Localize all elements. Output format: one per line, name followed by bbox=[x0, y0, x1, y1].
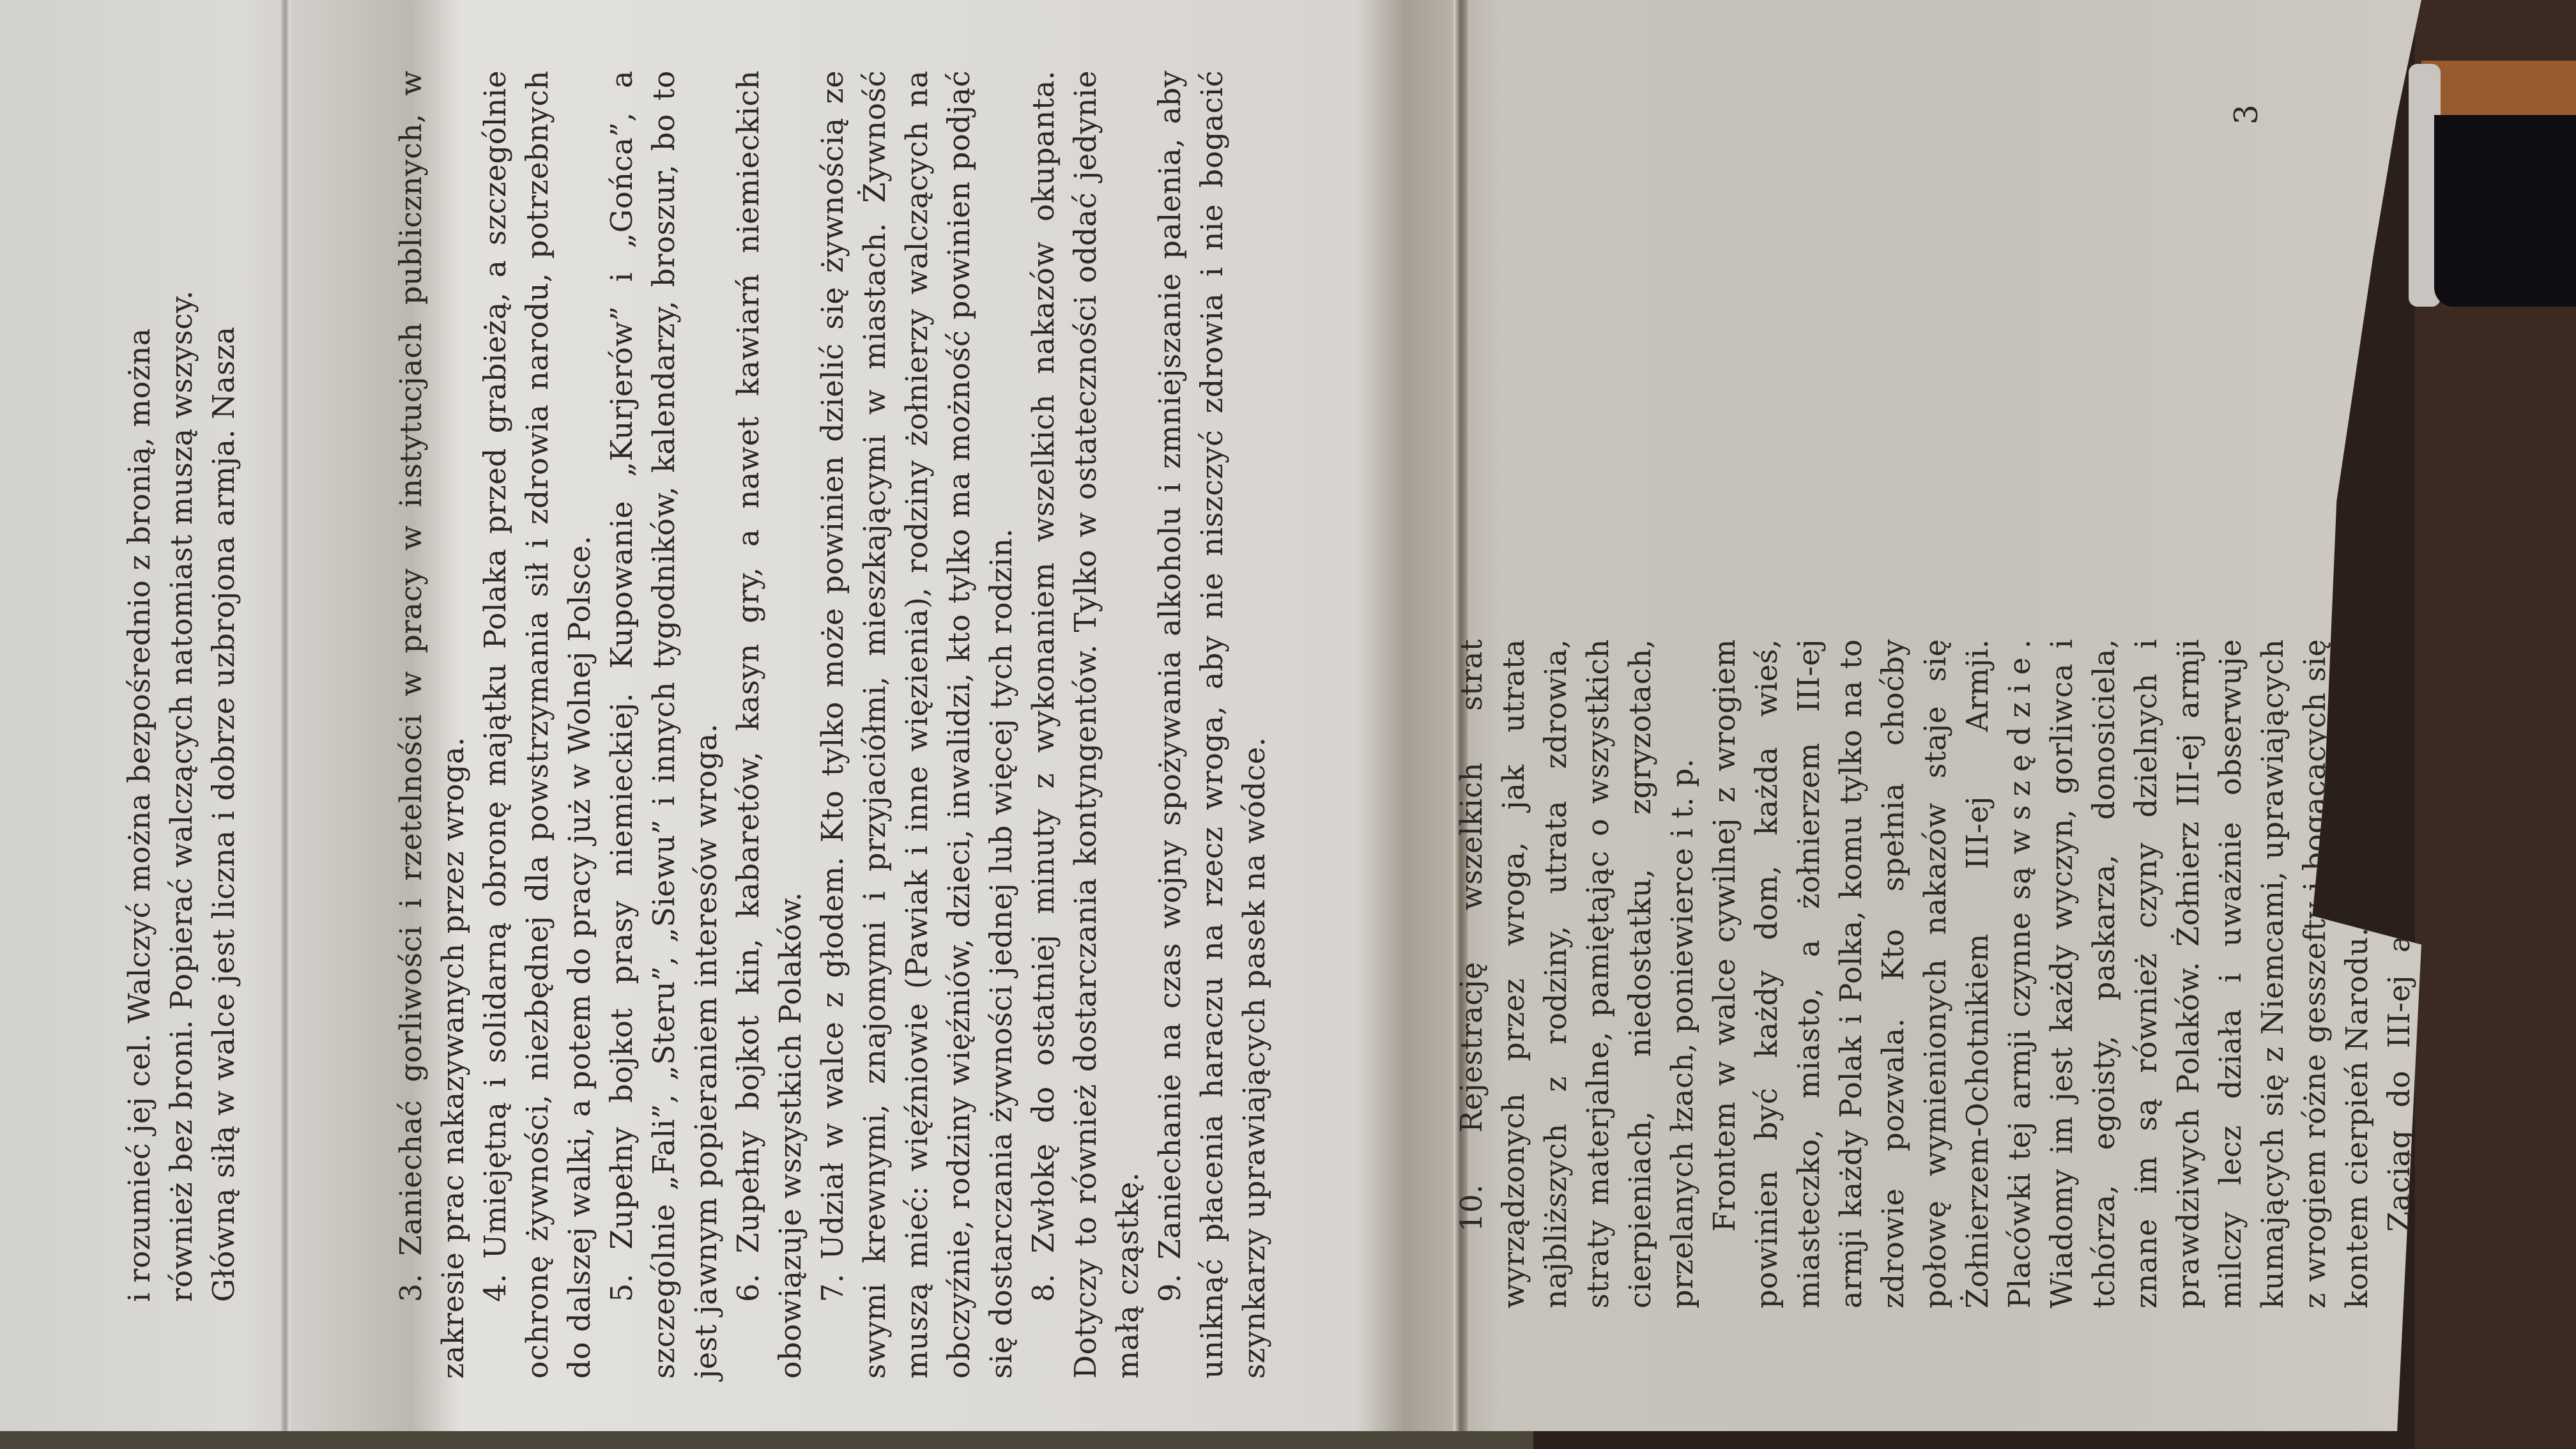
paragraph-front: Frontem w walce cywilnej z wrogiem powin… bbox=[1703, 639, 2378, 1308]
emphasized-word: wszędzie bbox=[2002, 648, 2037, 854]
point-3: 3. Zaniechać gorliwości i rzetelności w … bbox=[390, 70, 474, 1379]
point-10: 10. Rejestrację wszelkich strat wyrządzo… bbox=[1450, 639, 1703, 1308]
page-number: 3 bbox=[2228, 104, 2265, 125]
point-6: 6. Zupełny bojkot kin, kabaretów, kasyn … bbox=[727, 70, 811, 1379]
previous-page-fragment: i rozumieć jej cel. Walczyć można bezpoś… bbox=[118, 0, 246, 1449]
background-orange-object bbox=[2421, 61, 2576, 118]
main-text-column: 3. Zaniechać gorliwości i rzetelności w … bbox=[390, 0, 1457, 1449]
point-4: 4. Umiejętną i solidarną obronę majątku … bbox=[474, 70, 601, 1379]
paper-fold-crease bbox=[281, 0, 290, 1431]
background-dark-object bbox=[2434, 115, 2576, 307]
fragment-line: również bez broni. Popierać walczących n… bbox=[160, 0, 203, 1302]
paper-sheet: i rozumieć jej cel. Walczyć można bezpoś… bbox=[0, 0, 2421, 1431]
second-text-column: 10. Rejestrację wszelkich strat wyrządzo… bbox=[1450, 0, 2166, 1449]
point-7: 7. Udział w walce z głodem. Kto tylko mo… bbox=[811, 70, 1022, 1379]
point-8: 8. Zwłokę do ostatniej minuty z wykonani… bbox=[1022, 70, 1149, 1379]
fragment-line: Główną siłą w walce jest liczna i dobrze… bbox=[203, 0, 245, 1302]
point-5: 5. Zupełny bojkot prasy niemieckiej. Kup… bbox=[601, 70, 727, 1379]
point-9: 9. Zaniechanie na czas wojny spożywania … bbox=[1149, 70, 1275, 1379]
fragment-line: i rozumieć jej cel. Walczyć można bezpoś… bbox=[118, 0, 160, 1302]
